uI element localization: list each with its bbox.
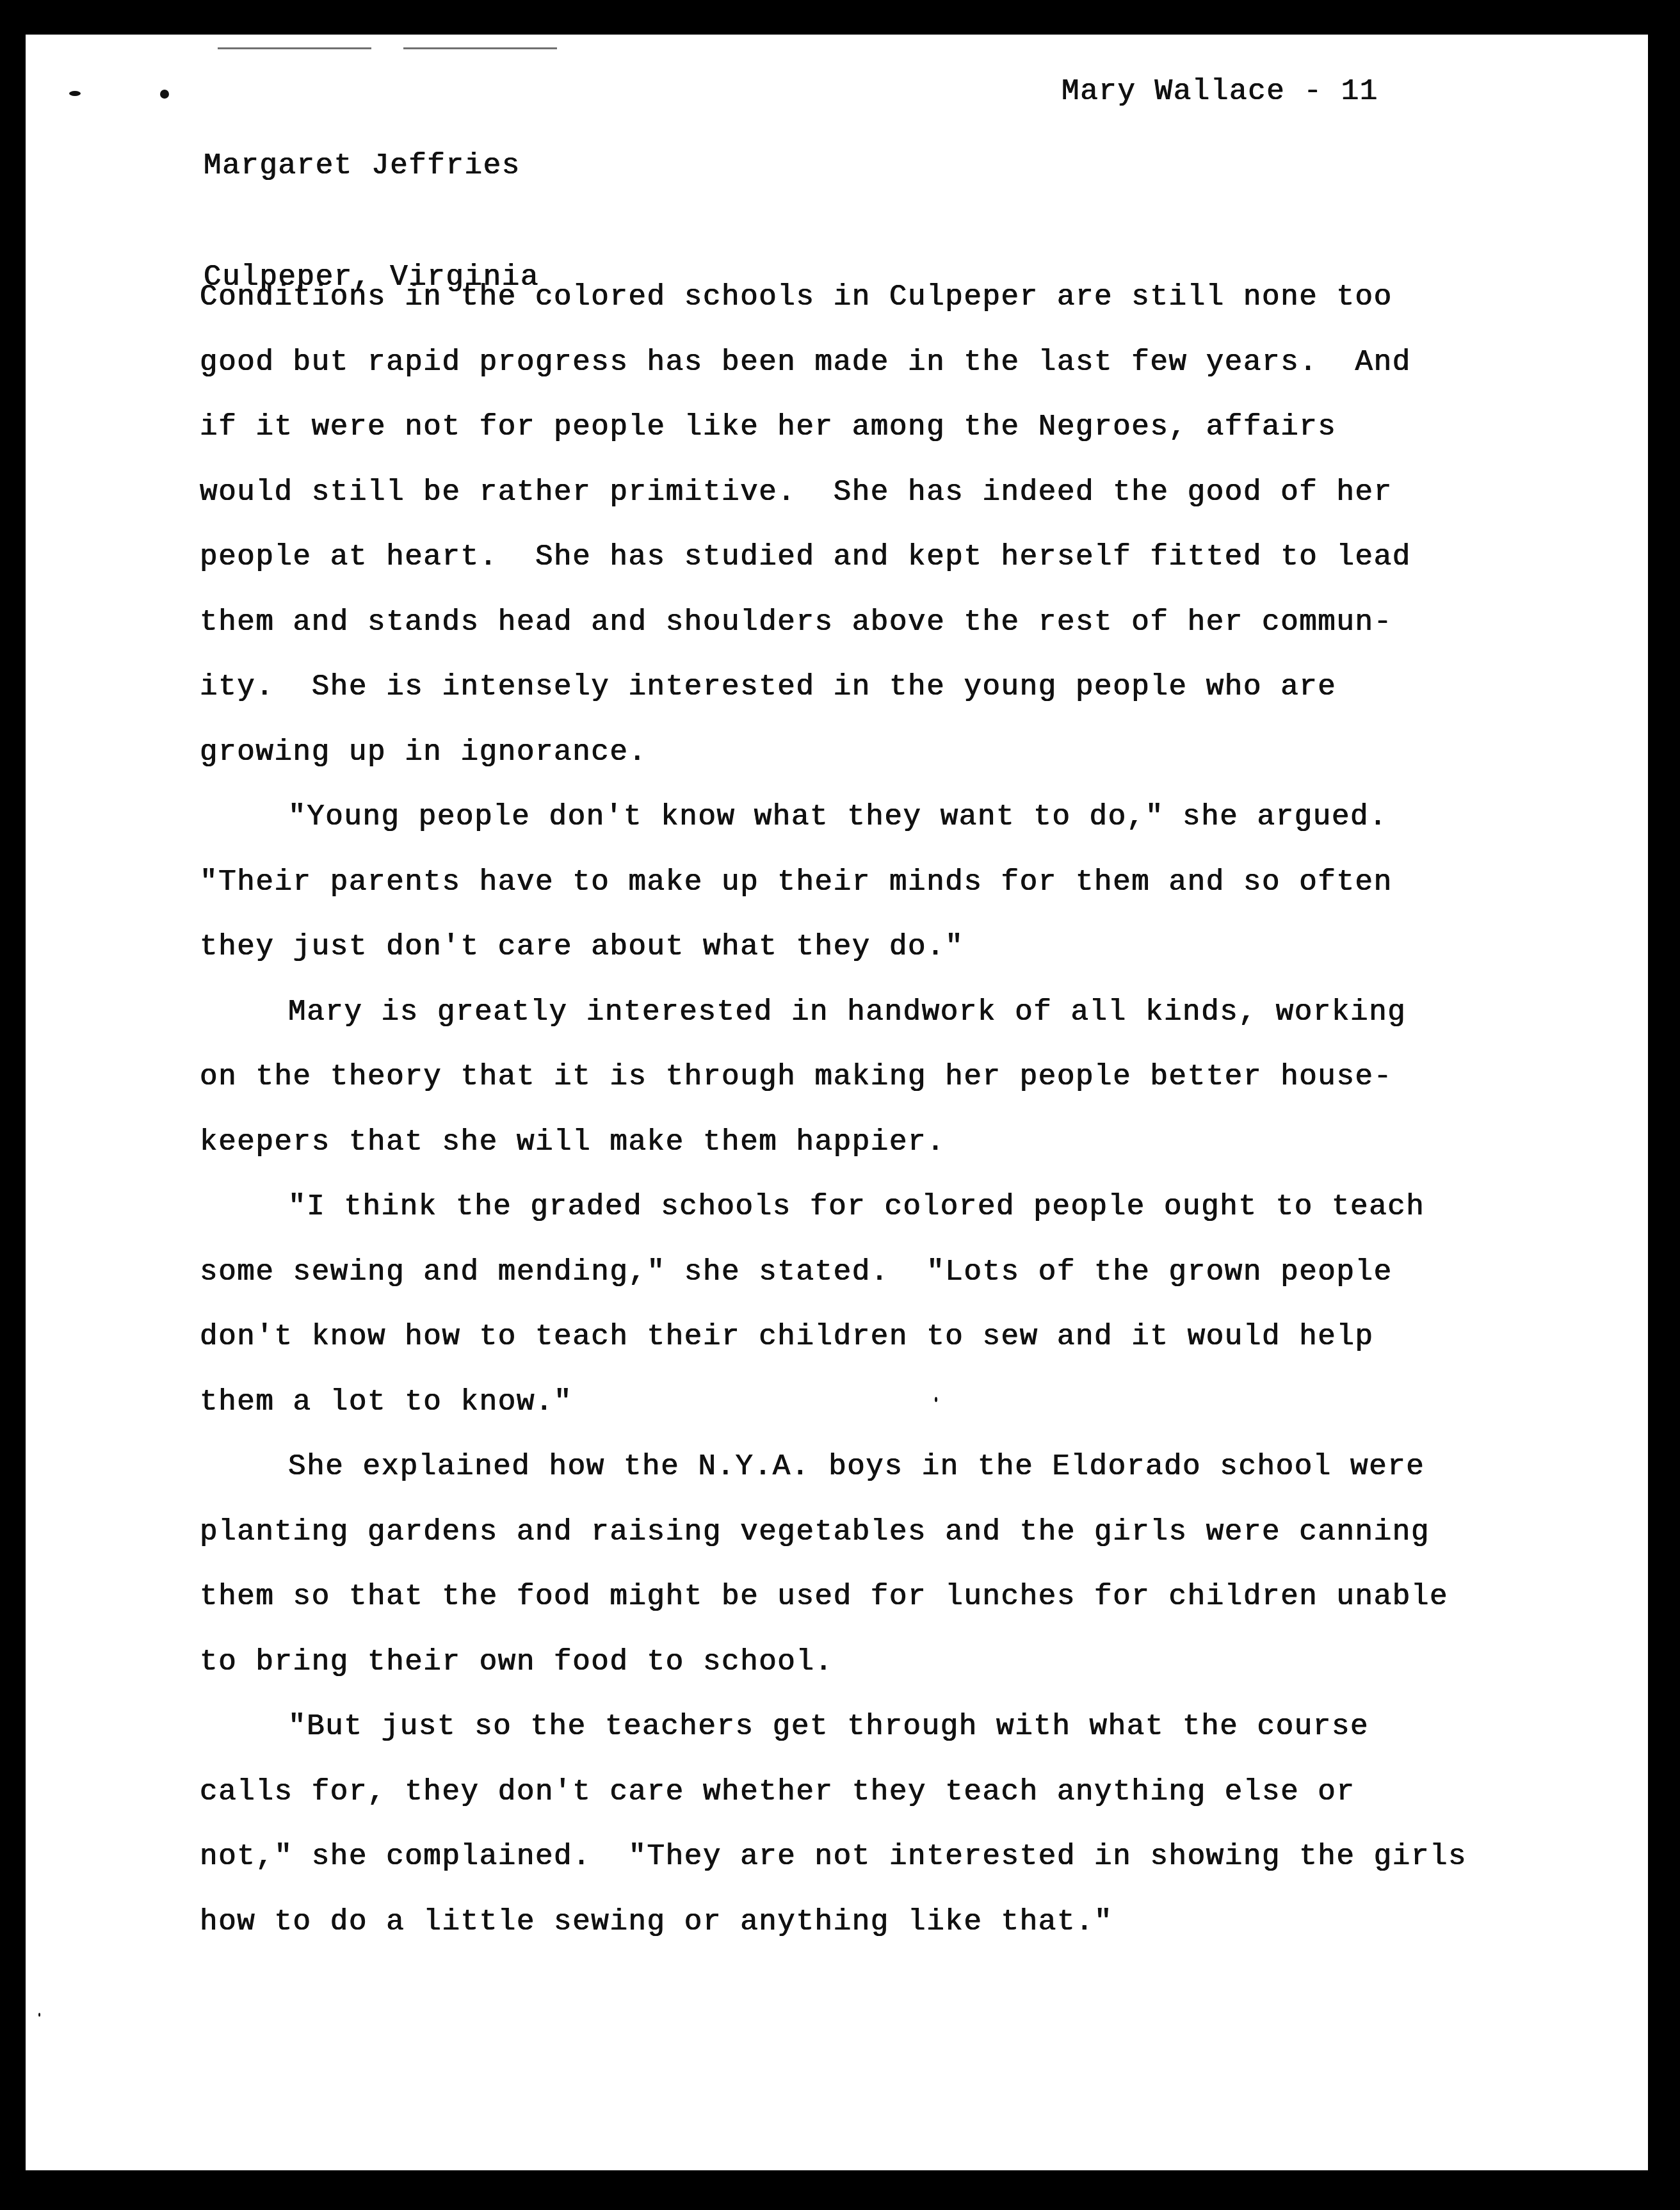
text-line: Conditions in the colored schools in Cul… (200, 265, 1583, 330)
text-line: "But just so the teachers get through wi… (200, 1695, 1583, 1760)
text-line: "I think the graded schools for colored … (200, 1175, 1583, 1240)
text-line: to bring their own food to school. (200, 1630, 1583, 1695)
scan-speck (403, 47, 557, 49)
text-line: on the theory that it is through making … (200, 1045, 1583, 1110)
text-line: not," she complained. "They are not inte… (200, 1825, 1583, 1890)
paragraph: Conditions in the colored schools in Cul… (200, 265, 1583, 785)
text-line: them a lot to know." (200, 1370, 1583, 1435)
text-line: would still be rather primitive. She has… (200, 460, 1583, 526)
text-line: some sewing and mending," she stated. "L… (200, 1240, 1583, 1305)
scan-speck (69, 91, 81, 96)
text-line: "Their parents have to make up their min… (200, 850, 1583, 915)
subject-name: Margaret Jeffries (204, 147, 539, 184)
scan-speck (38, 2013, 40, 2017)
text-line: "Young people don't know what they want … (200, 785, 1583, 850)
text-line: Mary is greatly interested in handwork o… (200, 980, 1583, 1045)
paragraph: "I think the graded schools for colored … (200, 1175, 1583, 1435)
document-page: Margaret Jeffries Culpeper, Virginia Mar… (26, 35, 1648, 2170)
document-body: Conditions in the colored schools in Cul… (200, 265, 1583, 1955)
text-line: growing up in ignorance. (200, 720, 1583, 786)
scan-speck (160, 90, 169, 99)
text-line: them and stands head and shoulders above… (200, 590, 1583, 656)
text-line: don't know how to teach their children t… (200, 1305, 1583, 1370)
paragraph: Mary is greatly interested in handwork o… (200, 980, 1583, 1175)
text-line: they just don't care about what they do.… (200, 915, 1583, 980)
text-line: if it were not for people like her among… (200, 395, 1583, 460)
page-label: Mary Wallace - 11 (1062, 73, 1378, 110)
paragraph: "But just so the teachers get through wi… (200, 1695, 1583, 1955)
text-line: planting gardens and raising vegetables … (200, 1500, 1583, 1565)
text-line: keepers that she will make them happier. (200, 1110, 1583, 1175)
text-line: ity. She is intensely interested in the … (200, 655, 1583, 720)
paragraph: "Young people don't know what they want … (200, 785, 1583, 980)
text-line: She explained how the N.Y.A. boys in the… (200, 1435, 1583, 1500)
text-line: people at heart. She has studied and kep… (200, 525, 1583, 590)
text-line: calls for, they don't care whether they … (200, 1760, 1583, 1825)
text-line: good but rapid progress has been made in… (200, 330, 1583, 396)
text-line: how to do a little sewing or anything li… (200, 1890, 1583, 1955)
scan-speck (218, 47, 371, 49)
paragraph: She explained how the N.Y.A. boys in the… (200, 1435, 1583, 1695)
text-line: them so that the food might be used for … (200, 1565, 1583, 1630)
